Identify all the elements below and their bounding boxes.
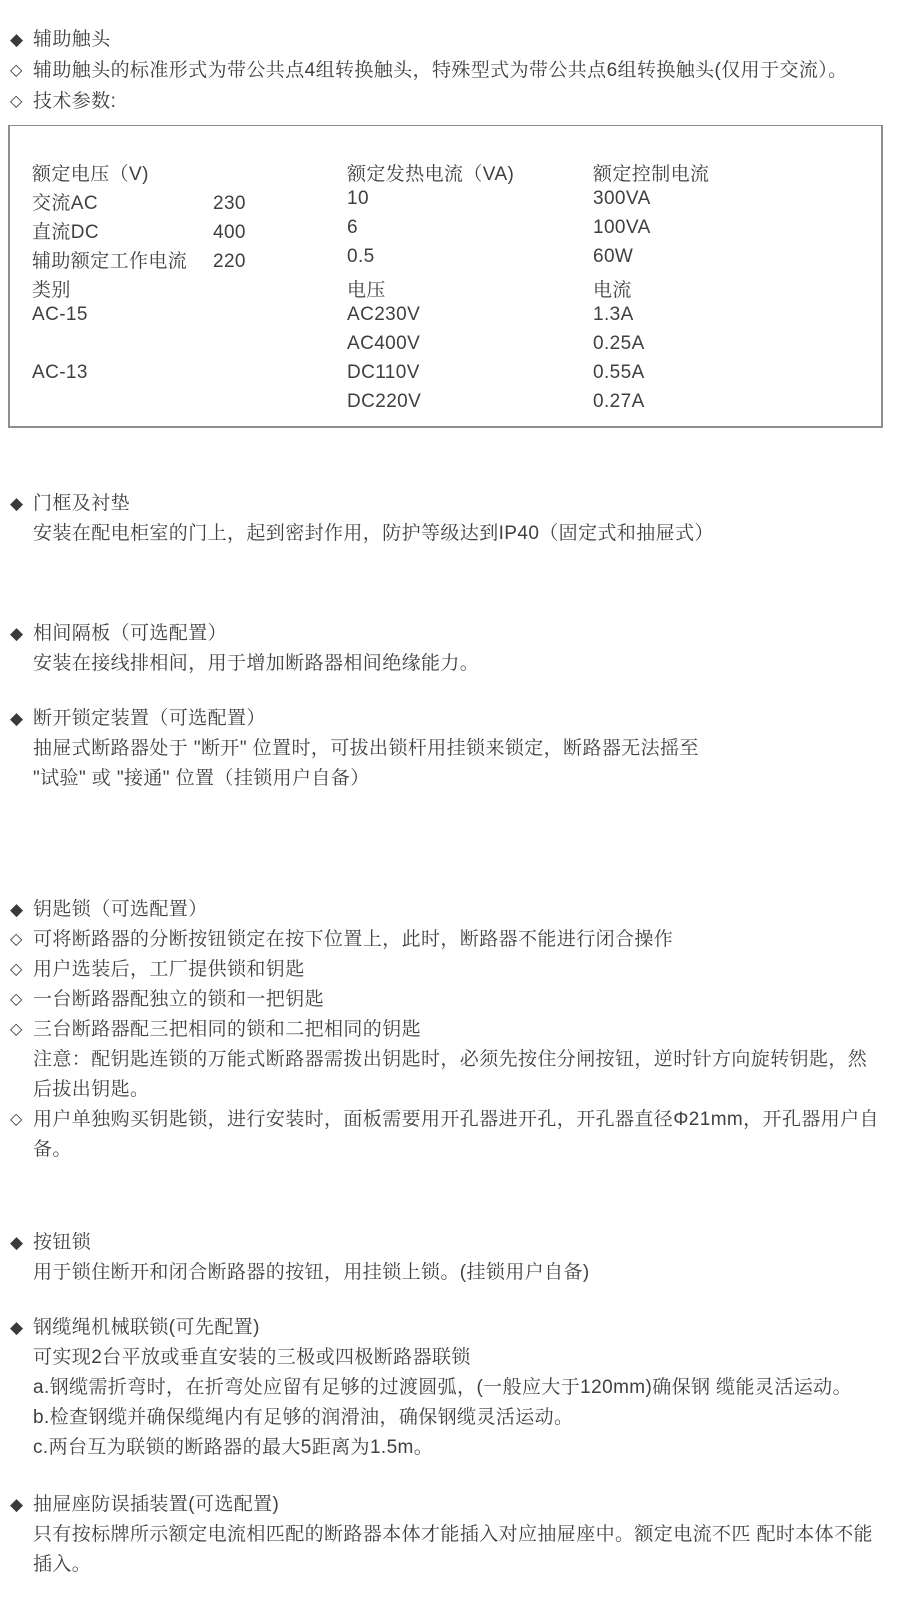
key-lock-section-text-5: 三台断路器配三把相同的锁和二把相同的钥匙 [33, 1015, 916, 1045]
cable-mechanical-interlock-section-line-1: ◆钢缆绳机械联锁(可先配置) [0, 1313, 916, 1343]
open-locking-device-section-line-3: "试验" 或 "接通" 位置（挂锁用户自备） [0, 764, 916, 794]
table-cell-r1-c1: 额定电压（V) [32, 159, 149, 186]
cable-mechanical-interlock-section-line-4: b.检查钢缆并确保缆绳内有足够的润滑油，确保钢缆灵活运动。 [0, 1403, 916, 1433]
table-cell-r4-c1: 辅助额定工作电流 [32, 246, 187, 273]
door-frame-gasket-section-text-2: 安装在配电柜室的门上，起到密封作用，防护等级达到IP40（固定式和抽屉式） [33, 519, 916, 549]
table-cell-r5-c3: 电压 [347, 275, 386, 302]
cable-mechanical-interlock-section-line-5: c.两台互为联锁的断路器的最大5距离为1.5m。 [0, 1433, 916, 1463]
filled-diamond-bullet-icon: ◆ [10, 1228, 33, 1258]
auxiliary-contact-section-line-1: ◆辅助触头 [0, 24, 916, 55]
document-page: ◆辅助触头◇辅助触头的标准形式为带公共点4组转换触头，特殊型式为带公共点6组转换… [0, 0, 916, 1602]
door-frame-gasket-section: ◆门框及衬垫安装在配电柜室的门上，起到密封作用，防护等级达到IP40（固定式和抽… [0, 489, 916, 549]
push-button-lock-section-text-2: 用于锁住断开和闭合断路器的按钮，用挂锁上锁。(挂锁用户自备) [33, 1258, 916, 1288]
table-cell-r3-c1: 直流DC [32, 217, 99, 244]
table-cell-r6-c3: AC230V [347, 304, 420, 326]
table-cell-r6-c1: AC-15 [32, 304, 88, 326]
technical-parameters-table: 额定电压（V)额定发热电流（VA)额定控制电流交流AC23010300VA直流D… [8, 125, 883, 428]
phase-barrier-section-line-1: ◆相间隔板（可选配置） [0, 619, 916, 649]
table-cell-r8-c3: DC110V [347, 362, 420, 384]
table-cell-r3-c4: 100VA [593, 217, 651, 239]
table-cell-r7-c4: 0.25A [593, 333, 645, 355]
table-cell-r2-c4: 300VA [593, 188, 651, 210]
hollow-diamond-bullet-icon: ◇ [10, 55, 33, 86]
push-button-lock-section-title: 按钮锁 [33, 1228, 916, 1258]
table-cell-r2-c1: 交流AC [32, 188, 98, 215]
open-locking-device-section-line-1: ◆断开锁定装置（可选配置） [0, 704, 916, 734]
filled-diamond-bullet-icon: ◆ [10, 704, 33, 734]
cable-mechanical-interlock-section-title: 钢缆绳机械联锁(可先配置) [33, 1313, 916, 1343]
cable-mechanical-interlock-section-line-3: a.钢缆需折弯时，在折弯处应留有足够的过渡圆弧，(一般应大于120mm)确保钢 … [0, 1373, 916, 1403]
table-cell-r4-c4: 60W [593, 246, 633, 268]
key-lock-section-title: 钥匙锁（可选配置） [33, 895, 916, 925]
cable-mechanical-interlock-section-text-5: c.两台互为联锁的断路器的最大5距离为1.5m。 [33, 1433, 916, 1463]
table-cell-r8-c4: 0.55A [593, 362, 645, 384]
key-lock-section-line-5: ◇三台断路器配三把相同的锁和二把相同的钥匙 [0, 1015, 916, 1045]
cable-mechanical-interlock-section-text-3: a.钢缆需折弯时，在折弯处应留有足够的过渡圆弧，(一般应大于120mm)确保钢 … [33, 1373, 916, 1403]
door-frame-gasket-section-line-1: ◆门框及衬垫 [0, 489, 916, 519]
door-frame-gasket-section-line-2: 安装在配电柜室的门上，起到密封作用，防护等级达到IP40（固定式和抽屉式） [0, 519, 916, 549]
drawer-seat-mis-insertion-section-title: 抽屉座防误插装置(可选配置) [33, 1490, 916, 1520]
phase-barrier-section: ◆相间隔板（可选配置）安装在接线排相间，用于增加断路器相间绝缘能力。 [0, 619, 916, 679]
key-lock-section-line-8: ◇用户单独购买钥匙锁，进行安装时，面板需要用开孔器进开孔，开孔器直径Φ21mm，… [0, 1105, 916, 1135]
door-frame-gasket-section-title: 门框及衬垫 [33, 489, 916, 519]
drawer-seat-mis-insertion-section-text-2: 只有按标牌所示额定电流相匹配的断路器本体才能插入对应抽屉座中。额定电流不匹 配时… [33, 1520, 916, 1550]
drawer-seat-mis-insertion-section: ◆抽屉座防误插装置(可选配置)只有按标牌所示额定电流相匹配的断路器本体才能插入对… [0, 1490, 916, 1580]
table-cell-r8-c1: AC-13 [32, 362, 88, 384]
table-cell-r9-c3: DC220V [347, 391, 421, 413]
key-lock-section: ◆钥匙锁（可选配置）◇可将断路器的分断按钮锁定在按下位置上，此时，断路器不能进行… [0, 895, 916, 1165]
key-lock-section-line-9: 备。 [0, 1135, 916, 1165]
key-lock-section-line-7: 后拔出钥匙。 [0, 1075, 916, 1105]
auxiliary-contact-section: ◆辅助触头◇辅助触头的标准形式为带公共点4组转换触头，特殊型式为带公共点6组转换… [0, 24, 916, 117]
table-cell-r6-c4: 1.3A [593, 304, 634, 326]
filled-diamond-bullet-icon: ◆ [10, 895, 33, 925]
table-cell-r1-c3: 额定发热电流（VA) [347, 159, 514, 186]
key-lock-section-line-4: ◇一台断路器配独立的锁和一把钥匙 [0, 985, 916, 1015]
table-cell-r4-c3: 0.5 [347, 246, 375, 268]
drawer-seat-mis-insertion-section-line-3: 插入。 [0, 1550, 916, 1580]
filled-diamond-bullet-icon: ◆ [10, 619, 33, 649]
hollow-diamond-bullet-icon: ◇ [10, 985, 33, 1015]
table-cell-r3-c3: 6 [347, 217, 358, 239]
key-lock-section-text-8: 用户单独购买钥匙锁，进行安装时，面板需要用开孔器进开孔，开孔器直径Φ21mm，开… [33, 1105, 916, 1135]
filled-diamond-bullet-icon: ◆ [10, 1313, 33, 1343]
hollow-diamond-bullet-icon: ◇ [10, 1105, 33, 1135]
cable-mechanical-interlock-section-line-2: 可实现2台平放或垂直安装的三极或四极断路器联锁 [0, 1343, 916, 1373]
cable-mechanical-interlock-section: ◆钢缆绳机械联锁(可先配置)可实现2台平放或垂直安装的三极或四极断路器联锁a.钢… [0, 1313, 916, 1463]
table-cell-r5-c4: 电流 [593, 275, 632, 302]
table-cell-r1-c4: 额定控制电流 [593, 159, 709, 186]
table-cell-r7-c3: AC400V [347, 333, 420, 355]
table-cell-r2-c3: 10 [347, 188, 369, 210]
phase-barrier-section-line-2: 安装在接线排相间，用于增加断路器相间绝缘能力。 [0, 649, 916, 679]
cable-mechanical-interlock-section-text-4: b.检查钢缆并确保缆绳内有足够的润滑油，确保钢缆灵活运动。 [33, 1403, 916, 1433]
open-locking-device-section-text-2: 抽屉式断路器处于 "断开" 位置时，可拔出锁杆用挂锁来锁定，断路器无法摇至 [33, 734, 916, 764]
open-locking-device-section-line-2: 抽屉式断路器处于 "断开" 位置时，可拔出锁杆用挂锁来锁定，断路器无法摇至 [0, 734, 916, 764]
table-cell-r4-c2: 220 [213, 251, 246, 273]
auxiliary-contact-section-text-3: 技术参数: [33, 86, 916, 117]
push-button-lock-section-line-1: ◆按钮锁 [0, 1228, 916, 1258]
drawer-seat-mis-insertion-section-line-1: ◆抽屉座防误插装置(可选配置) [0, 1490, 916, 1520]
phase-barrier-section-text-2: 安装在接线排相间，用于增加断路器相间绝缘能力。 [33, 649, 916, 679]
auxiliary-contact-section-line-2: ◇辅助触头的标准形式为带公共点4组转换触头，特殊型式为带公共点6组转换触头(仅用… [0, 55, 916, 86]
open-locking-device-section-title: 断开锁定装置（可选配置） [33, 704, 916, 734]
filled-diamond-bullet-icon: ◆ [10, 1490, 33, 1520]
hollow-diamond-bullet-icon: ◇ [10, 1015, 33, 1045]
key-lock-section-line-2: ◇可将断路器的分断按钮锁定在按下位置上，此时，断路器不能进行闭合操作 [0, 925, 916, 955]
key-lock-section-text-9: 备。 [33, 1135, 916, 1165]
push-button-lock-section: ◆按钮锁用于锁住断开和闭合断路器的按钮，用挂锁上锁。(挂锁用户自备) [0, 1228, 916, 1288]
auxiliary-contact-section-title: 辅助触头 [33, 24, 916, 55]
hollow-diamond-bullet-icon: ◇ [10, 86, 33, 117]
key-lock-section-text-6: 注意：配钥匙连锁的万能式断路器需拨出钥匙时，必须先按住分闸按钮，逆时针方向旋转钥… [33, 1045, 916, 1075]
key-lock-section-text-3: 用户选装后，工厂提供锁和钥匙 [33, 955, 916, 985]
hollow-diamond-bullet-icon: ◇ [10, 925, 33, 955]
filled-diamond-bullet-icon: ◆ [10, 24, 33, 55]
key-lock-section-line-1: ◆钥匙锁（可选配置） [0, 895, 916, 925]
table-cell-r9-c4: 0.27A [593, 391, 645, 413]
filled-diamond-bullet-icon: ◆ [10, 489, 33, 519]
drawer-seat-mis-insertion-section-line-2: 只有按标牌所示额定电流相匹配的断路器本体才能插入对应抽屉座中。额定电流不匹 配时… [0, 1520, 916, 1550]
table-cell-r2-c2: 230 [213, 193, 246, 215]
auxiliary-contact-section-line-3: ◇技术参数: [0, 86, 916, 117]
key-lock-section-text-2: 可将断路器的分断按钮锁定在按下位置上，此时，断路器不能进行闭合操作 [33, 925, 916, 955]
table-cell-r5-c1: 类别 [32, 275, 71, 302]
key-lock-section-line-3: ◇用户选装后，工厂提供锁和钥匙 [0, 955, 916, 985]
table-cell-r3-c2: 400 [213, 222, 246, 244]
key-lock-section-text-7: 后拔出钥匙。 [33, 1075, 916, 1105]
cable-mechanical-interlock-section-text-2: 可实现2台平放或垂直安装的三极或四极断路器联锁 [33, 1343, 916, 1373]
push-button-lock-section-line-2: 用于锁住断开和闭合断路器的按钮，用挂锁上锁。(挂锁用户自备) [0, 1258, 916, 1288]
hollow-diamond-bullet-icon: ◇ [10, 955, 33, 985]
key-lock-section-line-6: 注意：配钥匙连锁的万能式断路器需拨出钥匙时，必须先按住分闸按钮，逆时针方向旋转钥… [0, 1045, 916, 1075]
drawer-seat-mis-insertion-section-text-3: 插入。 [33, 1550, 916, 1580]
key-lock-section-text-4: 一台断路器配独立的锁和一把钥匙 [33, 985, 916, 1015]
open-locking-device-section: ◆断开锁定装置（可选配置）抽屉式断路器处于 "断开" 位置时，可拔出锁杆用挂锁来… [0, 704, 916, 794]
open-locking-device-section-text-3: "试验" 或 "接通" 位置（挂锁用户自备） [33, 764, 916, 794]
auxiliary-contact-section-text-2: 辅助触头的标准形式为带公共点4组转换触头，特殊型式为带公共点6组转换触头(仅用于… [33, 55, 916, 86]
phase-barrier-section-title: 相间隔板（可选配置） [33, 619, 916, 649]
